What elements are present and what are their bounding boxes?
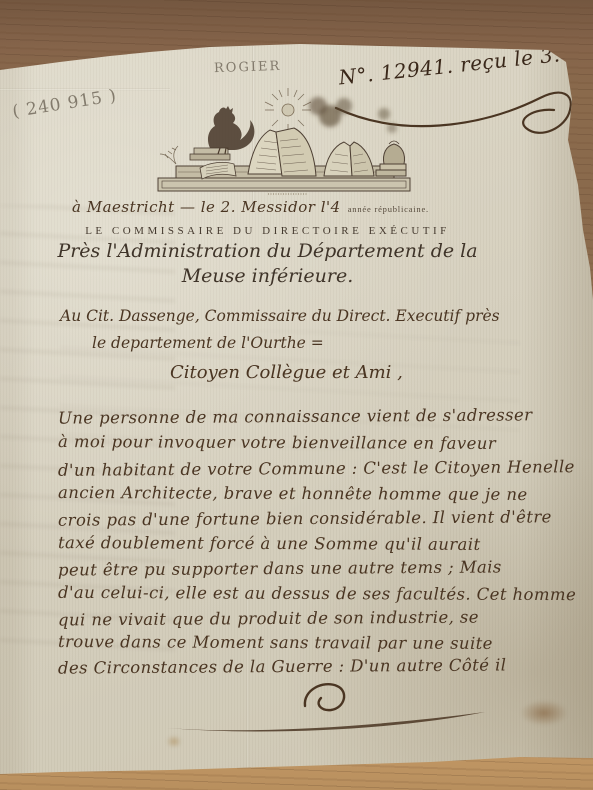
office-script-line-2: Meuse inférieure.: [40, 265, 495, 287]
photo-of-manuscript-letter: ( 240 915 ) ROGIER N°. 12941. reçu le 3.…: [0, 0, 593, 790]
laurel-sprigs: [160, 146, 178, 164]
letterhead-heading: LE COMMISSAIRE DU DIRECTOIRE EXÉCUTIF Pr…: [40, 225, 495, 287]
recipient-line-1: Au Cit. Dassenge, Commissaire du Direct.…: [60, 307, 500, 325]
salutation: Citoyen Collègue et Ami ,: [170, 362, 403, 383]
collector-name-annotation: ROGIER: [214, 59, 282, 76]
office-script-line-1: Près l'Administration du Département de …: [40, 240, 495, 262]
body-line: d'un habitant de votre Commune : C'est l…: [58, 457, 575, 480]
body-line: Une personne de ma connaissance vient de…: [58, 405, 533, 427]
paraph-flourish: [155, 678, 505, 740]
body-line: peut être pu supporter dans une autre te…: [58, 557, 502, 579]
place-and-date: à Maestricht — le 2. Messidor l'4: [72, 198, 341, 216]
dateline: à Maestricht — le 2. Messidor l'4 année …: [72, 198, 429, 216]
leaning-book-icon: [324, 142, 374, 176]
open-book-icon: [248, 128, 316, 176]
body-line: des Circonstances de la Guerre : D'un au…: [58, 655, 507, 677]
body-line: trouve dans ce Moment sans travail par u…: [58, 632, 493, 653]
printed-republican-year: année républicaine.: [348, 204, 429, 214]
recipient-line-2: le departement de l'Ourthe =: [92, 334, 324, 352]
body-line: à moi pour invoquer votre bienveillance …: [58, 432, 496, 453]
body-line: crois pas d'une fortune bien considérabl…: [58, 507, 552, 529]
censer-and-books: [376, 141, 406, 176]
radiant-light-icon: [265, 88, 311, 131]
ink-stain: [520, 700, 568, 726]
rooster-icon: [190, 106, 254, 160]
body-line: ancien Architecte, brave et honnête homm…: [58, 483, 528, 504]
body-line: qui ne vivait que du produit de son indu…: [58, 608, 479, 630]
body-line: d'au celui-ci, elle est au dessus de ses…: [58, 583, 576, 604]
body-line: taxé doublement forcé à une Somme qu'il …: [58, 533, 481, 554]
office-title: LE COMMISSAIRE DU DIRECTOIRE EXÉCUTIF: [40, 225, 495, 237]
archive-number-annotation: ( 240 915 ): [11, 86, 118, 122]
letterhead-vignette: [148, 84, 428, 199]
letter-sheet: ( 240 915 ) ROGIER N°. 12941. reçu le 3.…: [0, 0, 593, 790]
smoke-puffs: [309, 97, 397, 133]
